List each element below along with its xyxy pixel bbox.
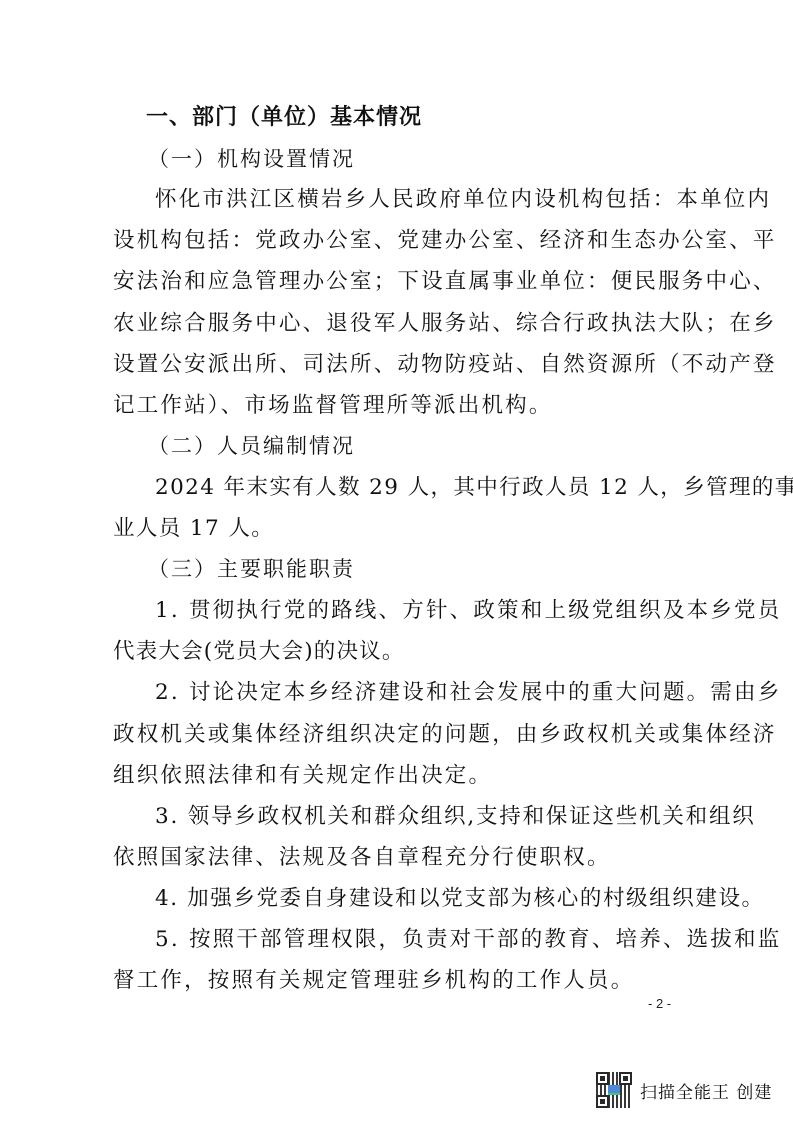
duty-item-4: 4. 加强乡党委自身建设和以党支部为核心的村级组织建设。 [155, 885, 735, 913]
duty-item-5: 5. 按照干部管理权限，负责对干部的教育、培养、选拔和监 [155, 926, 735, 954]
subsection-heading-org-structure: （一）机构设置情况 [148, 145, 355, 173]
paragraph-line: 组织依照法律和有关规定作出决定。 [113, 762, 693, 790]
qr-code-icon [596, 1072, 632, 1108]
document-page: 一、部门（单位）基本情况 （一）机构设置情况 怀化市洪江区横岩乡人民政府单位内设… [0, 0, 793, 1122]
scanner-watermark: 扫描全能王 创建 [596, 1072, 772, 1108]
duty-item-2: 2. 讨论决定本乡经济建设和社会发展中的重大问题。需由乡 [155, 679, 735, 707]
watermark-text: 扫描全能王 创建 [640, 1078, 772, 1103]
paragraph-line: 政权机关或集体经济组织决定的问题，由乡政权机关或集体经济 [113, 721, 693, 749]
paragraph-line: 设机构包括：党政办公室、党建办公室、经济和生态办公室、平 [113, 227, 693, 255]
paragraph-line: 怀化市洪江区横岩乡人民政府单位内设机构包括：本单位内 [155, 186, 735, 214]
paragraph-line: 依照国家法律、法规及各自章程充分行使职权。 [113, 844, 693, 872]
paragraph-line: 农业综合服务中心、退役军人服务站、综合行政执法大队；在乡 [113, 310, 693, 338]
paragraph-line: 业人员 17 人。 [113, 515, 693, 543]
paragraph-line: 2024 年末实有人数 29 人，其中行政人员 12 人，乡管理的事 [155, 474, 735, 502]
paragraph-line: 督工作，按照有关规定管理驻乡机构的工作人员。 [113, 967, 693, 995]
duty-item-1: 1. 贯彻执行党的路线、方针、政策和上级党组织及本乡党员 [155, 597, 735, 625]
duty-item-3: 3. 领导乡政权机关和群众组织,支持和保证这些机关和组织 [155, 803, 735, 831]
section-title: 一、部门（单位）基本情况 [146, 103, 422, 133]
paragraph-line: 设置公安派出所、司法所、动物防疫站、自然资源所（不动产登 [113, 351, 693, 379]
page-number: - 2 - [648, 996, 671, 1011]
subsection-heading-staffing: （二）人员编制情况 [148, 432, 355, 460]
paragraph-line: 安法治和应急管理办公室；下设直属事业单位：便民服务中心、 [113, 268, 693, 296]
subsection-heading-duties: （三）主要职能职责 [148, 555, 355, 583]
paragraph-line: 代表大会(党员大会)的决议。 [113, 638, 693, 666]
paragraph-line: 记工作站）、市场监督管理所等派出机构。 [113, 392, 693, 420]
